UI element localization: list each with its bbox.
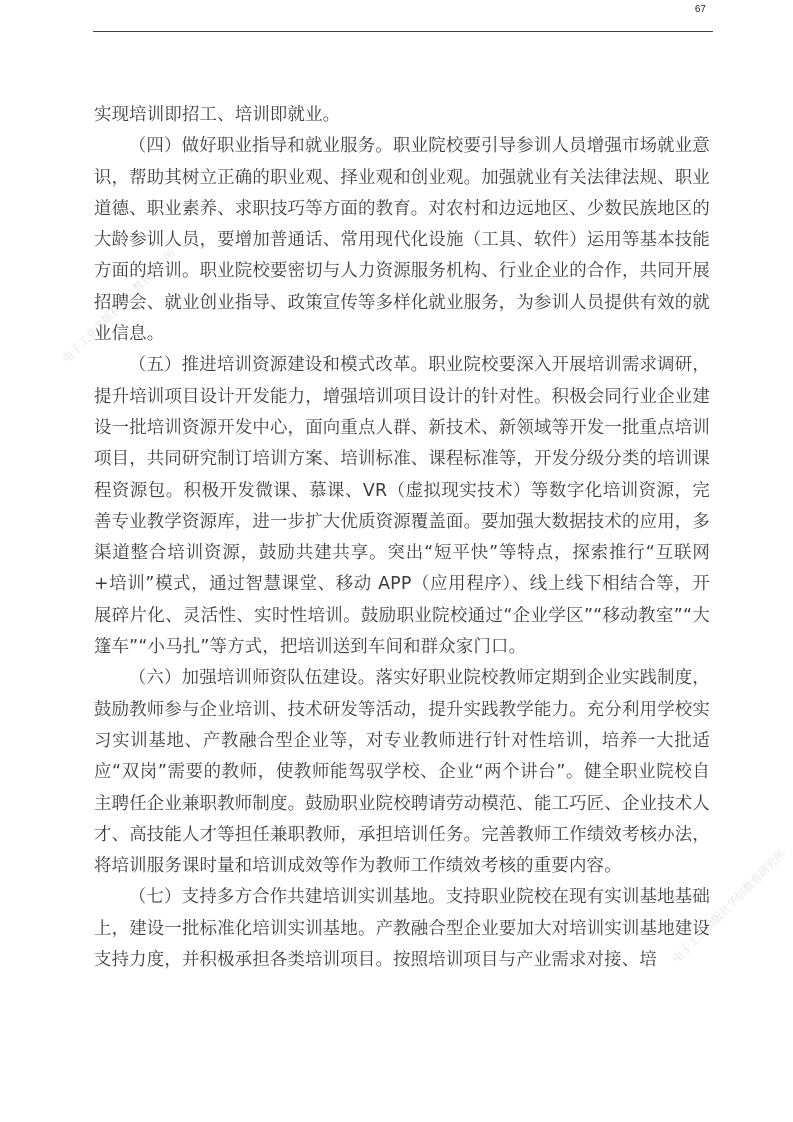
paragraph-section-5: （五）推进培训资源建设和模式改革。职业院校要深入开展培训需求调研，提升培训项目设… [94,350,710,663]
paragraph-continuation: 实现培训即招工、培训即就业。 [94,100,710,131]
body-text: 实现培训即招工、培训即就业。 （四）做好职业指导和就业服务。职业院校要引导参训人… [94,100,710,976]
page-number: 67 [695,4,706,15]
paragraph-section-6: （六）加强培训师资队伍建设。落实好职业院校教师定期到企业实践制度，鼓励教师参与企… [94,663,710,882]
paragraph-section-4: （四）做好职业指导和就业服务。职业院校要引导参训人员增强市场就业意识，帮助其树立… [94,131,710,350]
paragraph-section-7: （七）支持多方合作共建培训实训基地。支持职业院校在现有实训基地基础上，建设一批标… [94,882,710,976]
header-divider [93,31,713,32]
